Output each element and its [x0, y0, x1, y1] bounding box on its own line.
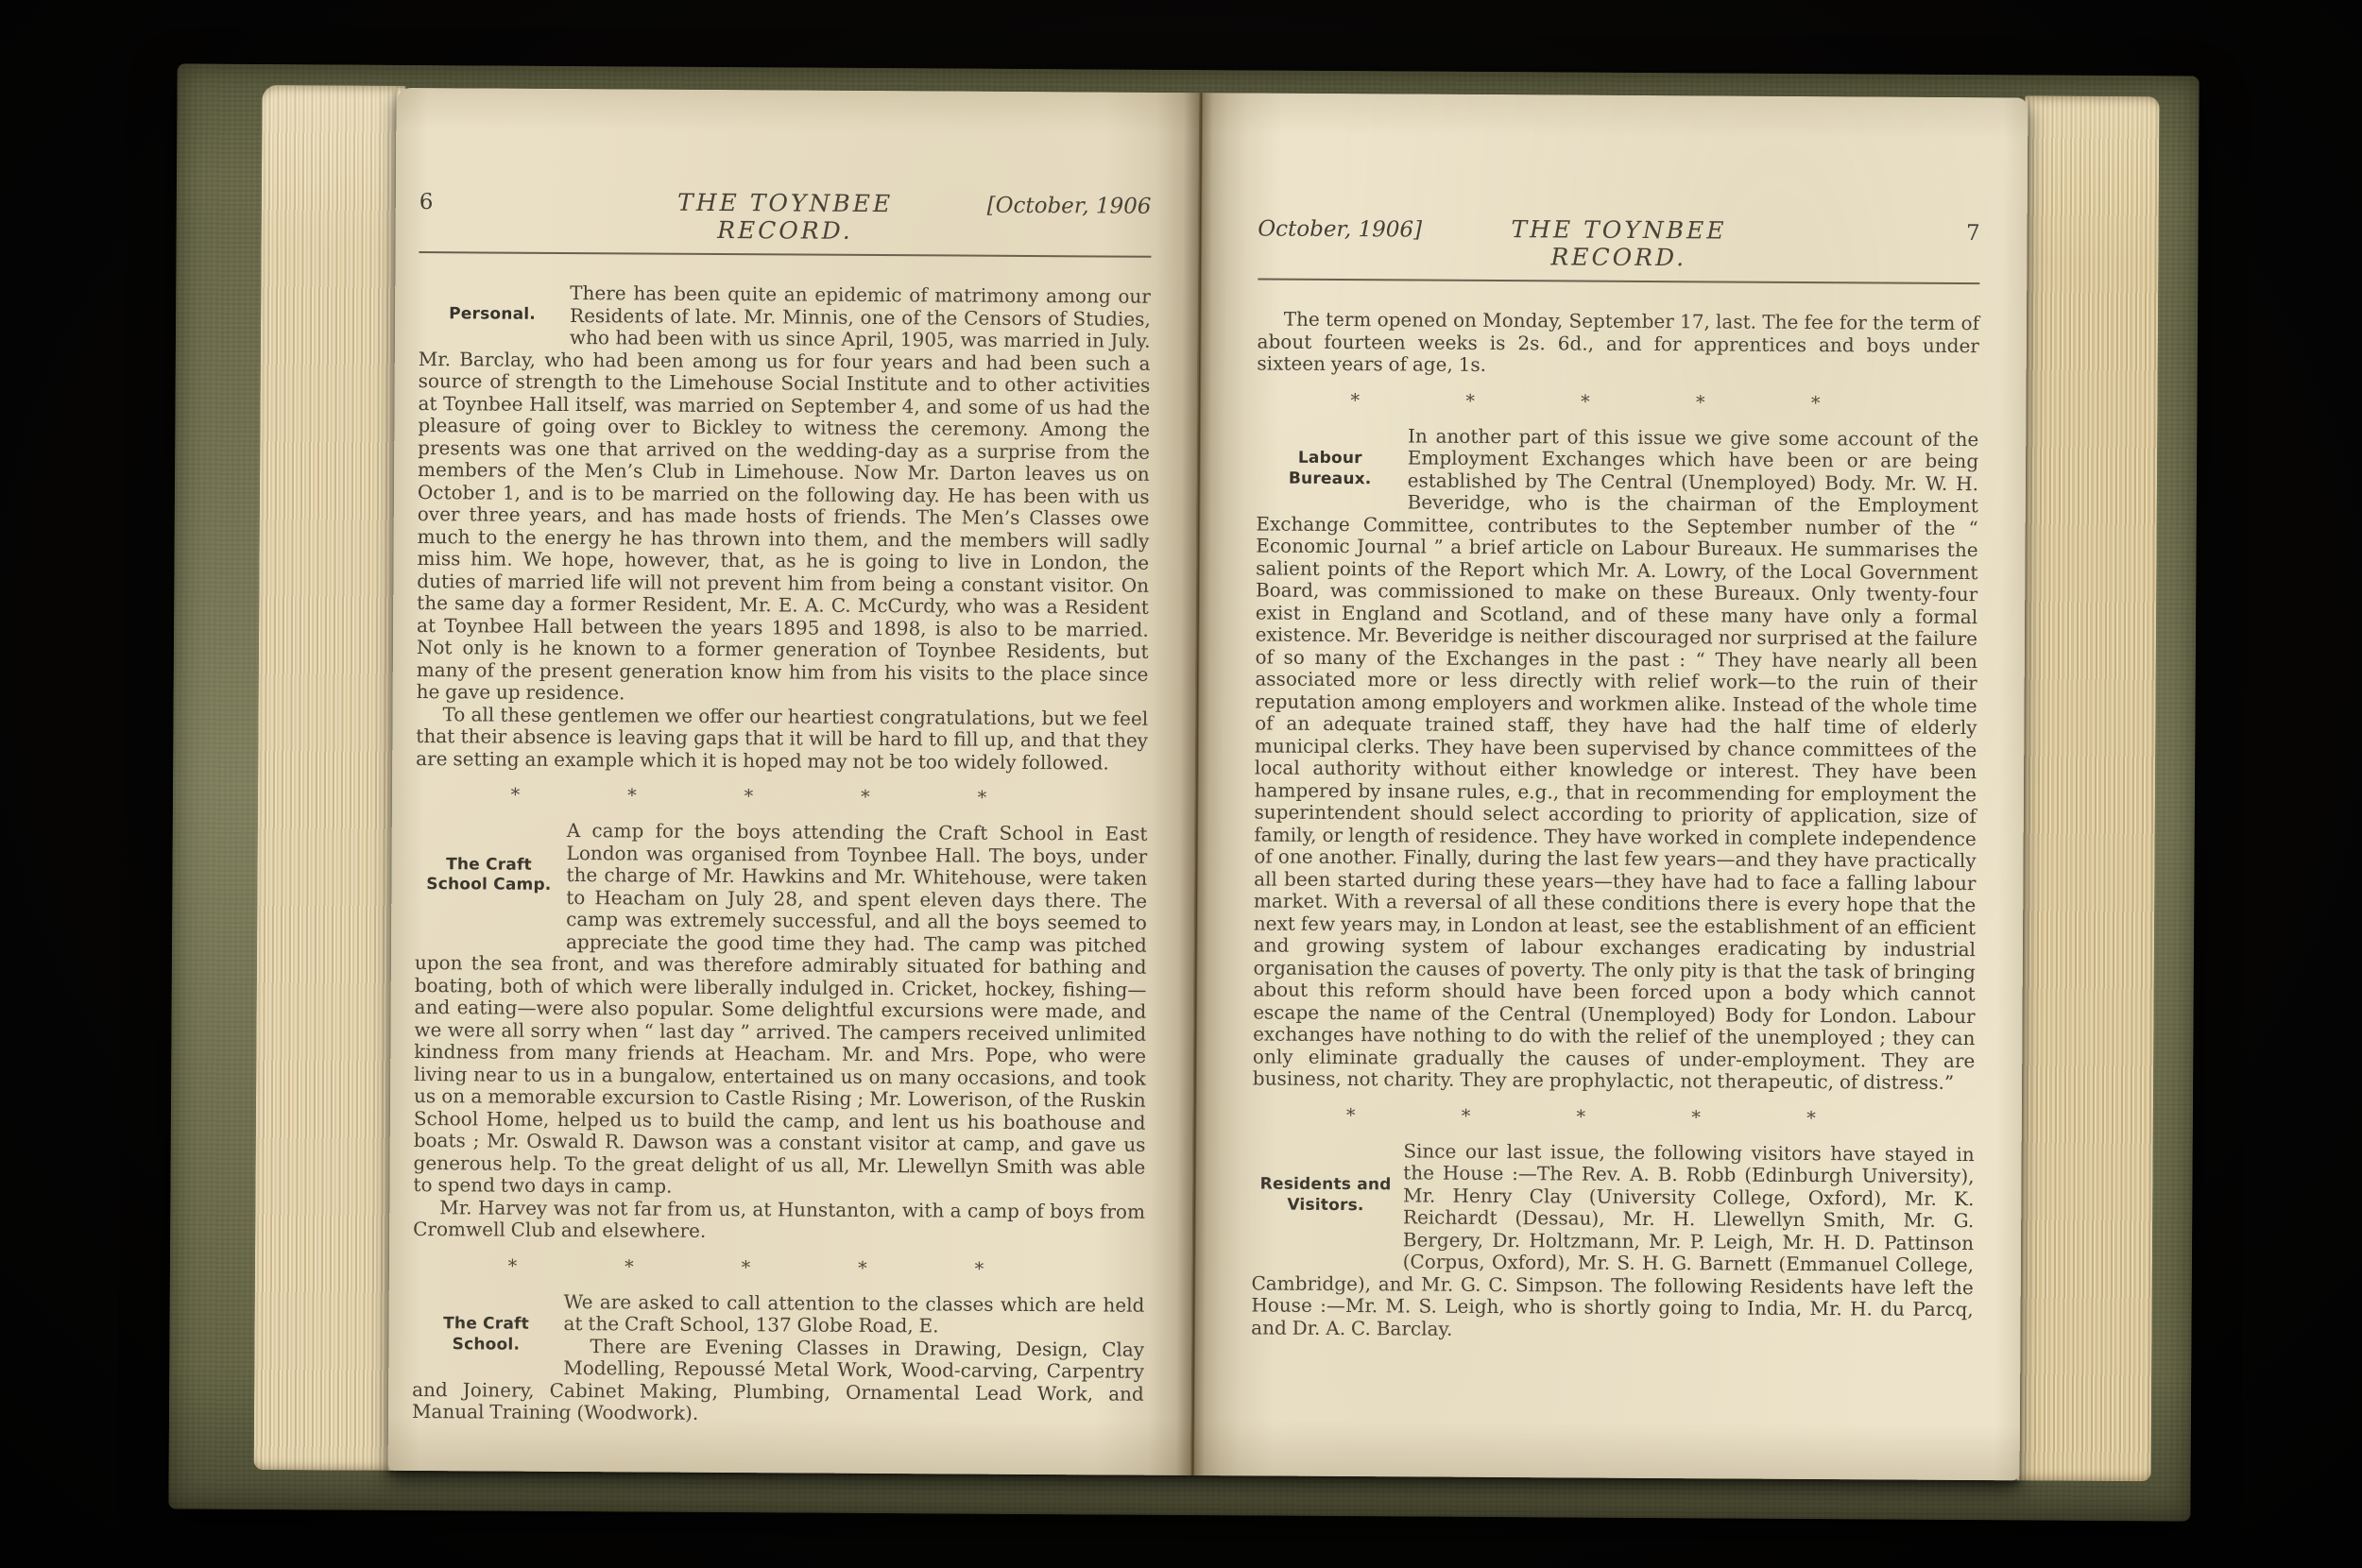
page-number: 7: [1792, 220, 1980, 246]
paragraph-term-opening: The term opened on Monday, September 17,…: [1257, 308, 1979, 379]
issue-date: [October, 1906: [961, 194, 1152, 219]
asterisk: *: [1462, 1105, 1471, 1126]
asterisk: *: [1465, 390, 1475, 411]
open-spread: 6 THE TOYNBEE RECORD. [October, 1906 Per…: [388, 88, 2028, 1481]
page-left: 6 THE TOYNBEE RECORD. [October, 1906 Per…: [388, 88, 1200, 1475]
asterisk: *: [627, 785, 637, 806]
header-rule: [1258, 278, 1979, 284]
section-personal: Personal. There has been quite an epidem…: [417, 281, 1151, 707]
journal-title: THE TOYNBEE RECORD.: [1446, 215, 1792, 272]
asterisk-separator: * * * * *: [1346, 1104, 1816, 1130]
page-header-left: 6 THE TOYNBEE RECORD. [October, 1906: [419, 187, 1152, 247]
section-labour-bureaux: Labour Bureaux. In another part of this …: [1253, 424, 1979, 1095]
asterisk: *: [1691, 1107, 1701, 1128]
asterisk: *: [1811, 393, 1821, 414]
page-edges-right: [2017, 95, 2160, 1481]
section-residents-visitors: Residents and Visitors. Since our last i…: [1251, 1139, 1975, 1343]
page-content-right: The term opened on Monday, September 17,…: [1251, 308, 1979, 1343]
asterisk: *: [1806, 1108, 1816, 1129]
page-header-right: October, 1906] THE TOYNBEE RECORD. 7: [1258, 213, 1980, 273]
page-content-left: Personal. There has been quite an epidem…: [412, 281, 1151, 1427]
asterisk: *: [1577, 1106, 1586, 1127]
cut-in-head: Personal.: [419, 281, 570, 349]
asterisk: *: [745, 786, 754, 807]
asterisk-separator: * * * * *: [511, 784, 987, 810]
journal-title: THE TOYNBEE RECORD.: [609, 188, 961, 245]
section-craft-school: The Craft School. We are asked to call a…: [412, 1290, 1145, 1428]
header-rule: [419, 251, 1151, 258]
asterisk-separator: * * * * *: [1350, 389, 1820, 415]
asterisk: *: [861, 787, 870, 808]
section-craft-school-camp: The Craft School Camp. A camp for the bo…: [413, 819, 1147, 1201]
page-number: 6: [419, 190, 610, 215]
section-label: Personal.: [449, 304, 536, 325]
asterisk: *: [975, 1258, 984, 1279]
asterisk: *: [1351, 390, 1361, 411]
cut-in-head: The Craft School.: [412, 1290, 564, 1380]
section-label: Residents and Visitors.: [1252, 1174, 1399, 1216]
page-right: October, 1906] THE TOYNBEE RECORD. 7 The…: [1190, 93, 2028, 1480]
cut-in-head: Residents and Visitors.: [1252, 1139, 1404, 1252]
photo-background: 6 THE TOYNBEE RECORD. [October, 1906 Per…: [0, 0, 2362, 1568]
asterisk-separator: * * * * *: [508, 1254, 984, 1280]
cut-in-head: The Craft School Camp.: [415, 819, 567, 931]
issue-date: October, 1906]: [1258, 216, 1446, 242]
section-label: Labour Bureaux.: [1257, 448, 1404, 489]
paragraph-congratulations: To all these gentlemen we offer our hear…: [416, 704, 1148, 775]
paragraph-harvey: Mr. Harvey was not far from us, at Hunst…: [413, 1197, 1145, 1246]
page-edges-left: [254, 85, 406, 1471]
asterisk: *: [625, 1256, 634, 1277]
book: 6 THE TOYNBEE RECORD. [October, 1906 Per…: [168, 63, 2199, 1521]
cut-in-head: Labour Bureaux.: [1256, 424, 1408, 514]
asterisk: *: [742, 1257, 751, 1278]
paragraph: In another part of this issue we give so…: [1253, 424, 1979, 1095]
asterisk: *: [1696, 392, 1705, 413]
asterisk: *: [1581, 391, 1590, 412]
asterisk: *: [511, 785, 521, 806]
asterisk: *: [858, 1257, 867, 1278]
asterisk: *: [508, 1255, 518, 1276]
asterisk: *: [1346, 1105, 1356, 1126]
section-label: The Craft School.: [412, 1314, 559, 1355]
section-label: The Craft School Camp.: [415, 855, 562, 896]
asterisk: *: [978, 788, 987, 809]
